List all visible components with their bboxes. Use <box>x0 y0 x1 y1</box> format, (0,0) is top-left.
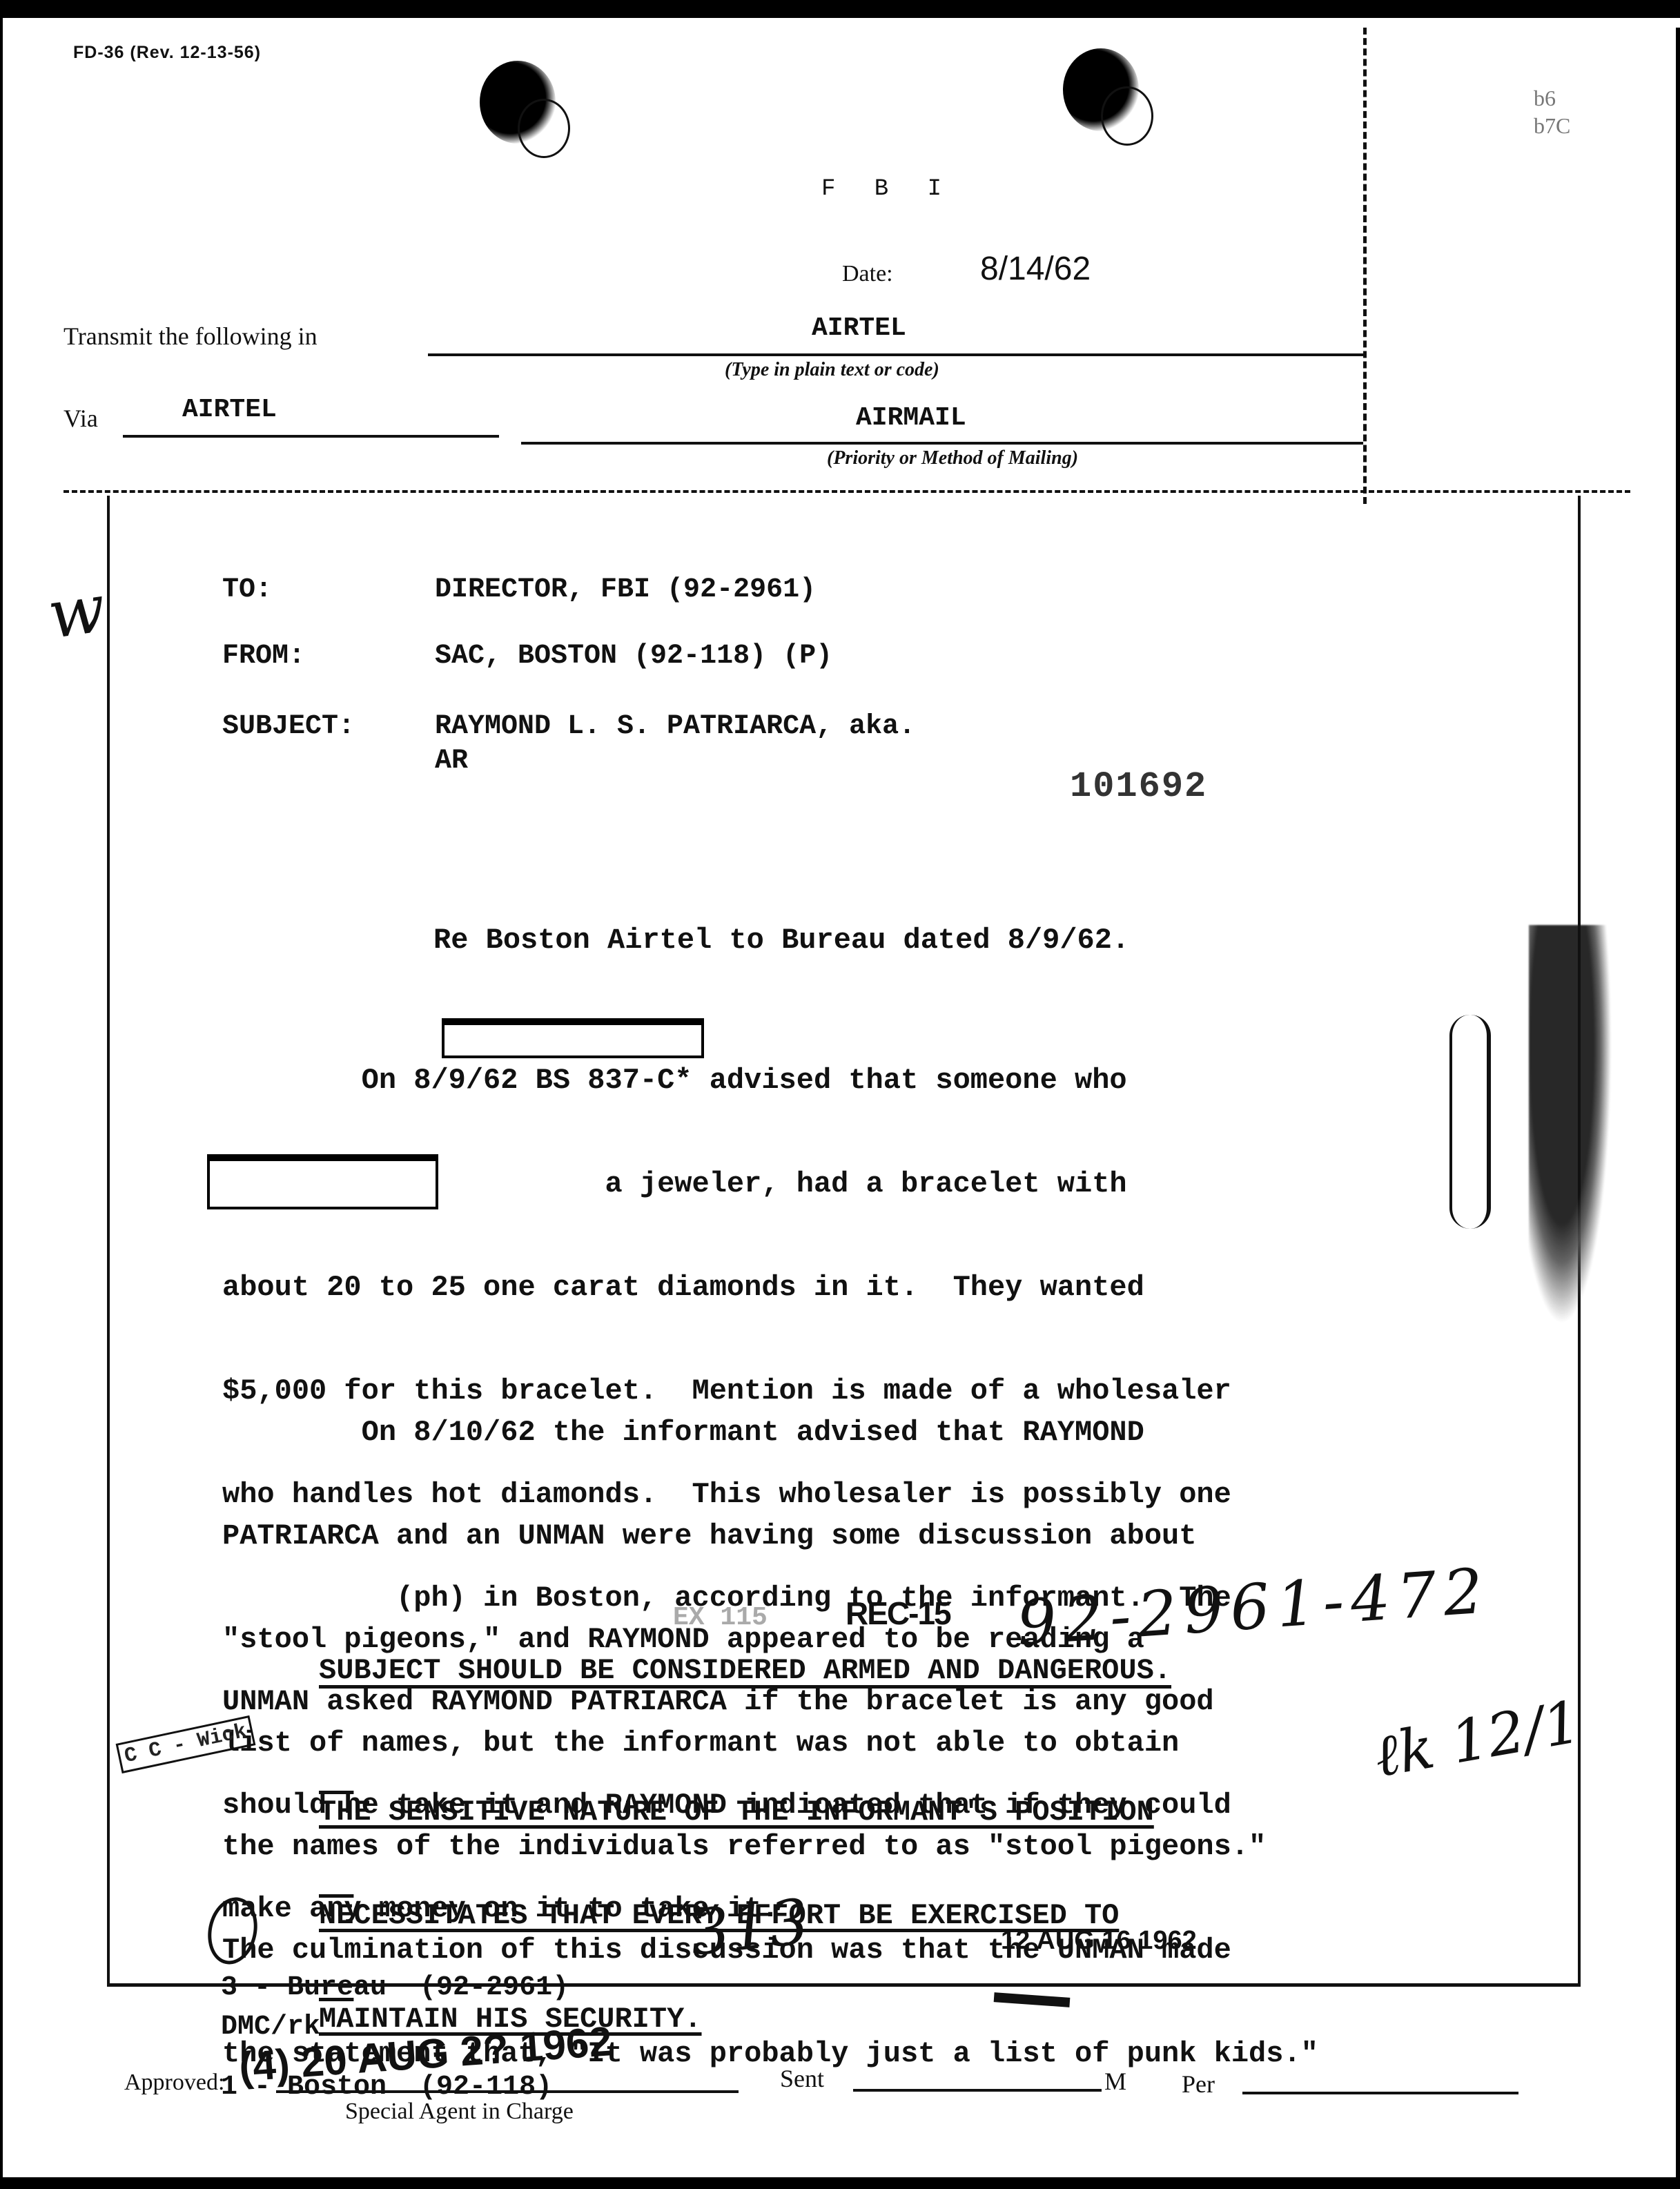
via-field-line <box>123 435 499 438</box>
method-hint: (Priority or Method of Mailing) <box>827 447 1078 469</box>
from-value: SAC, BOSTON (92-118) (P) <box>435 641 832 672</box>
transmit-hint: (Type in plain text or code) <box>725 359 939 381</box>
margin-bracket-mark <box>1449 1015 1491 1229</box>
punch-hole-icon <box>1063 48 1139 131</box>
exemption-code: b6 <box>1534 84 1570 112</box>
transmit-value: AIRTEL <box>812 313 906 343</box>
per-field-line <box>1242 2092 1518 2094</box>
rec-stamp: REC-15 <box>846 1595 950 1632</box>
approved-signature-line <box>276 2090 739 2093</box>
margin-handwritten-mark: w <box>43 570 110 654</box>
approved-caption: Special Agent in Charge <box>345 2099 574 2125</box>
exemption-code: b7C <box>1534 112 1570 139</box>
date-value: 8/14/62 <box>980 250 1091 288</box>
agency-title: F B I <box>821 176 954 202</box>
distribution-line: 3 - Bureau (92-2961) <box>221 1972 569 2005</box>
tear-line-vertical <box>1363 28 1367 504</box>
from-label: FROM: <box>222 641 305 672</box>
scan-edge-left <box>0 0 3 2189</box>
reference-line: Re Boston Airtel to Bureau dated 8/9/62. <box>433 924 1129 957</box>
serial-stamp: 101692 <box>1070 766 1207 807</box>
warning-line: THE SENSITIVE NATURE OF THE INFORMANT'S … <box>319 1795 1154 1829</box>
transmit-label: Transmit the following in <box>64 322 318 351</box>
received-stamp: 12 AUG 16 1962 <box>1001 1926 1197 1956</box>
subject-label: SUBJECT: <box>222 711 355 742</box>
approved-label: Approved: <box>124 2070 224 2096</box>
method-value: AIRMAIL <box>856 403 966 433</box>
method-field-line <box>521 442 1363 445</box>
to-label: TO: <box>222 574 272 605</box>
scan-edge-right <box>1676 28 1680 2189</box>
punch-hole-icon <box>480 61 556 144</box>
per-label: Per <box>1182 2070 1215 2099</box>
handwritten-count: 313 <box>687 1885 812 1969</box>
redaction-box <box>442 1018 704 1058</box>
paragraph-line: about 20 to 25 one carat diamonds in it.… <box>222 1270 1231 1305</box>
enclosure-count: (4) <box>237 2041 291 2090</box>
paragraph-line: PATRIARCA and an UNMAN were having some … <box>222 1519 1318 1553</box>
to-value: DIRECTOR, FBI (92-2961) <box>435 574 816 605</box>
tear-line-horizontal <box>64 490 1630 493</box>
date-label: Date: <box>842 261 893 287</box>
via-label: Via <box>64 404 98 433</box>
subject-line-2: AR <box>435 746 468 777</box>
subject-value: RAYMOND L. S. PATRIARCA, aka. <box>435 711 915 742</box>
sent-field-line <box>853 2089 1102 2092</box>
paragraph-line: On 8/10/62 the informant advised that RA… <box>222 1415 1318 1450</box>
scan-edge-bottom <box>0 2177 1680 2189</box>
transmit-field-line <box>428 353 1363 356</box>
scan-blotch <box>1529 925 1612 1325</box>
ex-stamp: EX 115 <box>673 1603 768 1633</box>
scan-edge-top <box>0 0 1680 18</box>
sent-label: Sent <box>780 2064 824 2093</box>
foia-exemptions: b6 b7C <box>1534 84 1570 139</box>
redaction-box <box>207 1154 438 1209</box>
form-id: FD-36 (Rev. 12-13-56) <box>73 43 261 63</box>
sent-suffix: M <box>1104 2067 1126 2096</box>
paragraph-line: On 8/9/62 BS 837-C* advised that someone… <box>222 1063 1231 1098</box>
armed-warning: SUBJECT SHOULD BE CONSIDERED ARMED AND D… <box>319 1654 1171 1687</box>
via-value: AIRTEL <box>182 395 277 425</box>
